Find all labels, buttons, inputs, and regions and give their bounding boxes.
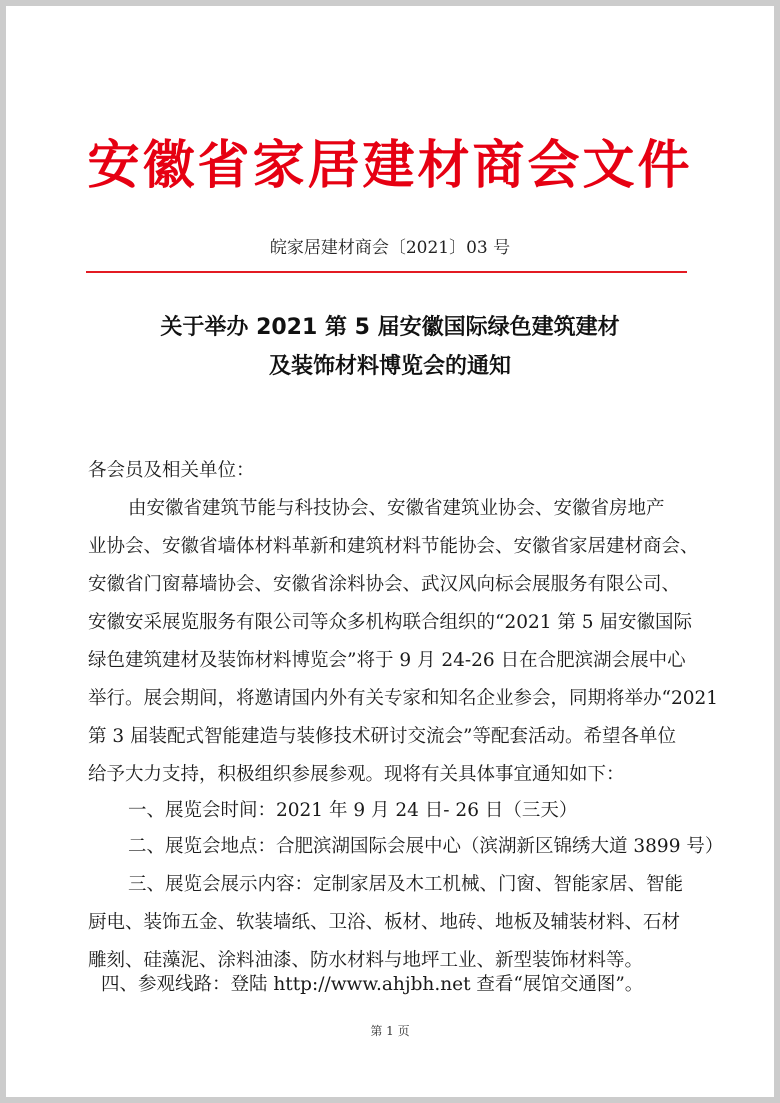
intro-line-2: 业协会、安徽省墙体材料革新和建筑材料节能协会、安徽省家居建材商会、 [88,528,700,566]
item-exhibition-venue: 二、展览会地点：合肥滨湖国际会展中心（滨湖新区锦绣大道 3899 号） [128,828,740,866]
item-exhibition-time: 一、展览会时间：2021 年 9 月 24 日- 26 日（三天） [128,792,740,830]
document-header-title: 安徽省家居建材商会文件 [6,134,774,198]
intro-line-5: 绿色建筑建材及装饰材料博览会”将于 9 月 24-26 日在合肥滨湖会展中心 [88,642,700,680]
notice-title-line-2: 及装饰材料博览会的通知 [6,352,774,382]
intro-line-1: 由安徽省建筑节能与科技协会、安徽省建筑业协会、安徽省房地产 [128,490,740,528]
intro-line-7: 第 3 届装配式智能建造与装修技术研讨交流会”等配套活动。希望各单位 [88,718,700,756]
intro-line-3: 安徽省门窗幕墙协会、安徽省涂料协会、武汉风向标会展服务有限公司、 [88,566,700,604]
salutation: 各会员及相关单位： [88,452,700,490]
red-divider-line [86,271,687,273]
page-number-footer: 第 1 页 [6,1022,774,1039]
intro-line-6: 举行。展会期间，将邀请国内外有关专家和知名企业参会，同期将举办“2021 [88,680,700,718]
intro-line-8: 给予大力支持，积极组织参展参观。现将有关具体事宜通知如下： [88,756,700,794]
document-page: 安徽省家居建材商会文件 皖家居建材商会〔2021〕03 号 关于举办 2021 … [6,6,774,1097]
item-exhibition-content-line-1: 三、展览会展示内容：定制家居及木工机械、门窗、智能家居、智能 [128,866,740,904]
item-exhibition-content-line-2: 厨电、装饰五金、软装墙纸、卫浴、板材、地砖、地板及辅装材料、石材 [88,904,700,942]
item-visit-route: 四、参观线路：登陆 http://www.ahjbh.net 查看“展馆交通图”… [101,966,713,1004]
notice-title-line-1: 关于举办 2021 第 5 届安徽国际绿色建筑建材 [6,313,774,343]
intro-line-4: 安徽安采展览服务有限公司等众多机构联合组织的“2021 第 5 届安徽国际 [88,604,700,642]
document-number: 皖家居建材商会〔2021〕03 号 [6,236,774,260]
